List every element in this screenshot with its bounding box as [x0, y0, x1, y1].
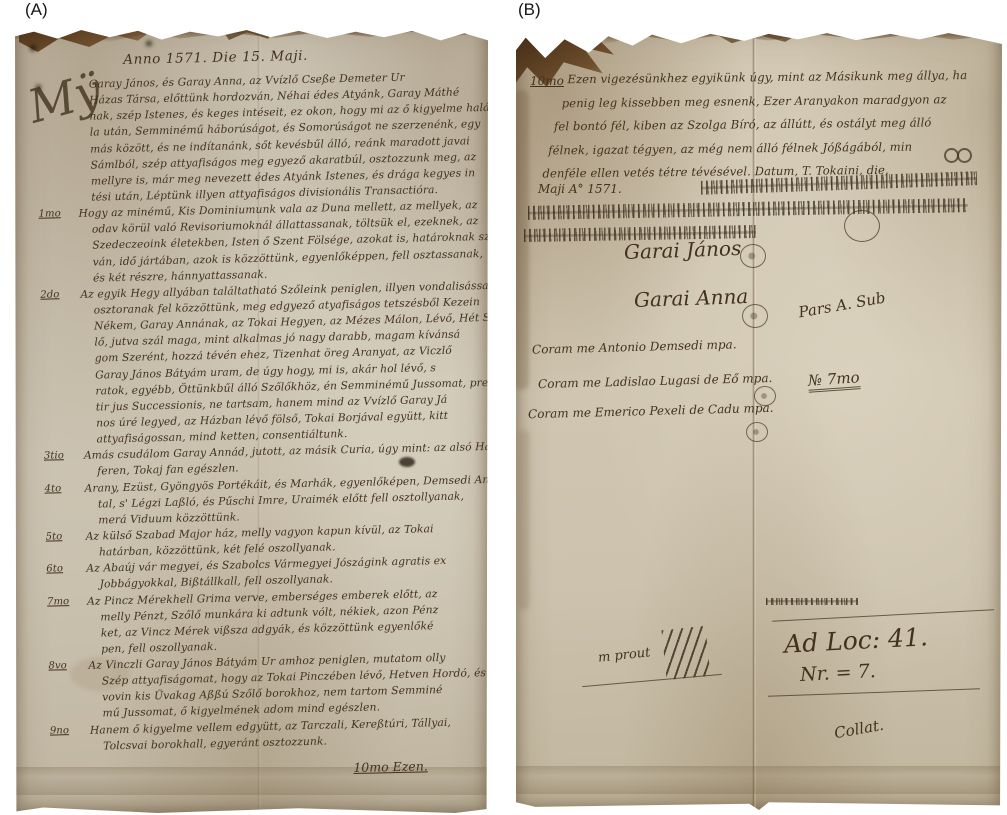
paragraph-number: 6to	[46, 563, 63, 574]
doc-b-clause-10: Ezen vigezésünkhez egyikünk úgy, mint az…	[567, 68, 992, 190]
signature-garai-janos: Garai János	[624, 236, 742, 264]
line-text: merá Viduum közzöttünk.	[98, 510, 240, 526]
figure-label-a: (A)	[25, 0, 48, 20]
document-a: Anno 1571. Die 15. Maji. Mÿ Garay János,…	[15, 27, 488, 813]
datum-line: Maji A° 1571.	[538, 182, 622, 196]
paragraph-number: 1mo	[38, 208, 60, 219]
edge-stain	[518, 430, 530, 610]
doc-a-date-heading: Anno 1571. Die 15. Maji.	[123, 44, 464, 67]
struck-out-line	[528, 198, 968, 220]
torn-corner-a	[19, 27, 154, 52]
coram-line: Coram me Antonio Demsedi mpa.	[532, 337, 737, 356]
seal-mark	[740, 244, 766, 268]
paragraph-number: 8vo	[48, 660, 67, 671]
line-text: penig leg kissebben meg esnenk, Ezer Ara…	[562, 92, 947, 110]
fold-band-b	[516, 766, 1002, 794]
rule-line	[772, 609, 994, 622]
catchword: 10mo Ezen.	[51, 758, 428, 781]
ink-hole	[30, 45, 36, 51]
crossed-mark	[766, 598, 858, 605]
paragraph-number: 7mo	[47, 596, 69, 607]
document-a-text: Anno 1571. Die 15. Maji. Mÿ Garay János,…	[35, 44, 480, 781]
signature-garai-anna: Garai Anna	[634, 284, 749, 312]
pen-circle-flourish	[844, 210, 880, 242]
pen-flourish	[662, 626, 711, 680]
collation-note: Collat.	[833, 716, 885, 742]
torn-edge-b	[516, 30, 1002, 45]
ink-hole	[146, 41, 152, 46]
approval-note: m prout	[597, 645, 651, 665]
paragraph-number: 5to	[46, 531, 63, 542]
torn-notch-b	[711, 30, 806, 44]
coram-line: Coram me Ladislao Lugasi de Eő mpa.	[538, 371, 773, 391]
line-text: pen, fell oszollyanak.	[101, 640, 217, 656]
ink-circle	[957, 148, 972, 163]
rule-line	[768, 688, 980, 696]
line-text: fel bontó fél, kiben az Szolga Bíró, az …	[554, 115, 932, 133]
archive-reference: Ad Loc: 41.	[783, 622, 928, 658]
paragraph-number: 2do	[40, 289, 59, 300]
seal-mark	[746, 422, 768, 442]
line-text: félnek, igazat tégyen, az még nem álló f…	[548, 139, 912, 157]
paragraph-number: 4to	[44, 483, 61, 494]
doc-a-body: Garay János, és Garay Anna, az Vvízlő Cs…	[76, 69, 480, 755]
coram-line: Coram me Emerico Pexeli de Cadu mpa.	[528, 401, 774, 421]
torn-notch-a	[220, 27, 280, 40]
seal-mark	[742, 304, 768, 328]
underline-stroke	[582, 674, 722, 687]
paragraph-number: 9no	[50, 725, 69, 736]
line-text: és két részre, hánnyattassanak.	[93, 267, 268, 284]
paragraph-number: 10mo	[530, 74, 564, 88]
paragraph-number: 3tio	[44, 450, 64, 461]
figure-label-b: (B)	[518, 0, 541, 20]
figure-canvas: (A) (B) Anno 1571. Die 15. Maji. Mÿ Gara…	[0, 0, 1007, 815]
document-b: 10mo Ezen vigezésünkhez egyikünk úgy, mi…	[516, 30, 1002, 810]
line-text: feren, Tokaj fan egészlen.	[97, 462, 239, 478]
line-text: denféle ellen vetés tétre tévésével. Dat…	[542, 163, 888, 181]
archive-number: Nr. = 7.	[799, 660, 876, 686]
edge-stain	[514, 90, 529, 390]
side-note-number: № 7mo	[807, 368, 860, 393]
side-note-pars: Pars A. Sub	[797, 289, 887, 322]
line-text: Ezen vigezésünkhez egyikünk úgy, mint az…	[567, 68, 967, 86]
torn-edge-a	[15, 27, 488, 43]
